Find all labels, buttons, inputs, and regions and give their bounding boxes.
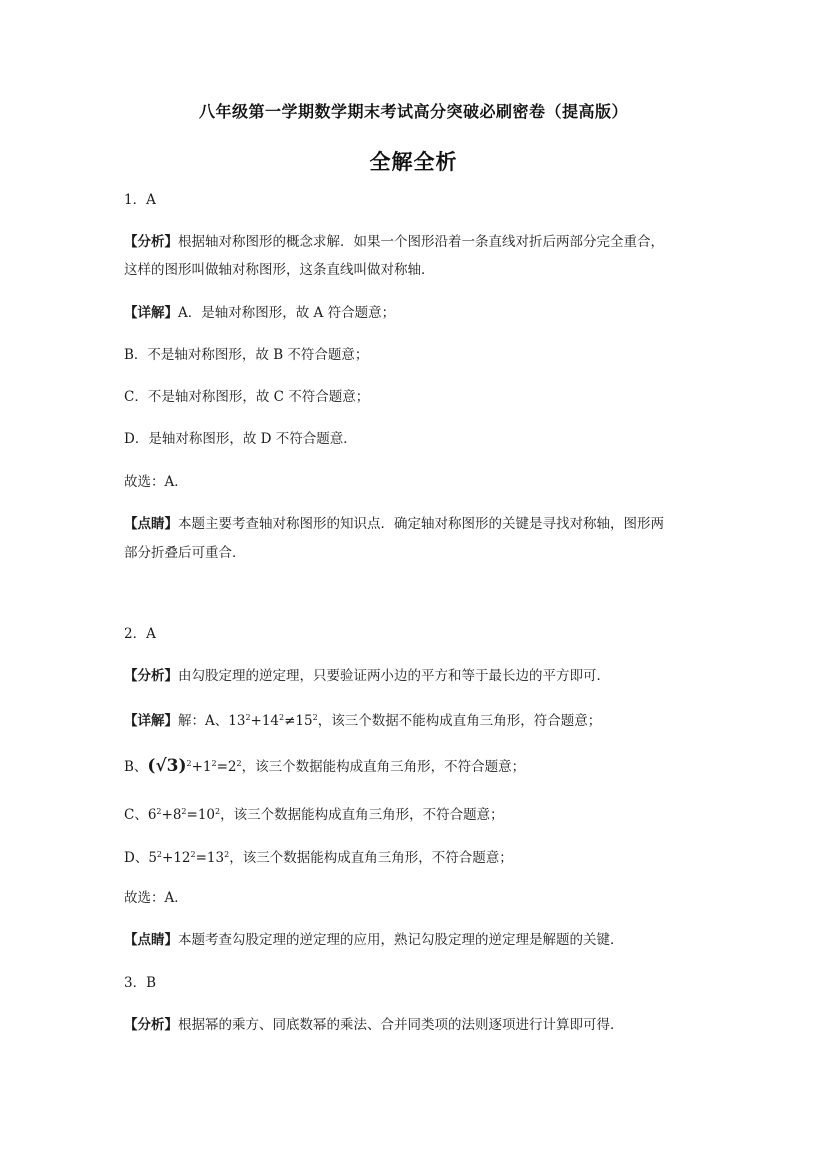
q2-comment-text: 本题考查勾股定理的逆定理的应用，熟记勾股定理的逆定理是解题的关键． bbox=[178, 932, 624, 948]
analysis-tag: 【分析】 bbox=[124, 668, 178, 684]
q1-detail-d: D．是轴对称图形，故 D 不符合题意． bbox=[124, 429, 357, 449]
document-title: 八年级第一学期数学期末考试高分突破必刷密卷（提高版） bbox=[0, 99, 827, 122]
q1-comment-text: 本题主要考查轴对称图形的知识点．确定轴对称图形的关键是寻找对称轴，图形两 bbox=[178, 516, 664, 532]
q2-analysis-text: 由勾股定理的逆定理，只要验证两小边的平方和等于最长边的平方即可． bbox=[178, 668, 610, 684]
q2-detail-c: C、62+82=102，该三个数据能构成直角三角形，不符合题意； bbox=[124, 802, 504, 825]
q1-answer: 1．A bbox=[124, 190, 156, 210]
comment-tag: 【点睛】 bbox=[124, 516, 178, 532]
formula-part: =13 bbox=[196, 850, 225, 866]
formula-part: ≠15 bbox=[284, 713, 313, 729]
q2-choice: 故选：A． bbox=[124, 888, 188, 908]
analysis-tag: 【分析】 bbox=[124, 1017, 178, 1033]
formula-part: =10 bbox=[187, 807, 216, 823]
q2-detail-d: D、52+122=132，该三个数据能构成直角三角形，不符合题意； bbox=[124, 845, 513, 868]
formula-part: =2 bbox=[217, 759, 237, 775]
q1-detail-b: B．不是轴对称图形，故 B 不符合题意； bbox=[124, 345, 368, 365]
q1-choice: 故选：A． bbox=[124, 472, 188, 492]
q1-comment-line2: 部分折叠后可重合． bbox=[124, 543, 246, 563]
q1-analysis-line2: 这样的图形叫做轴对称图形，这条直线叫做对称轴． bbox=[124, 260, 435, 280]
formula-part: B、 bbox=[124, 759, 147, 775]
detail-tag: 【详解】 bbox=[124, 713, 178, 729]
q2-comment: 【点睛】本题考查勾股定理的逆定理的应用，熟记勾股定理的逆定理是解题的关键． bbox=[124, 930, 624, 950]
q3-analysis: 【分析】根据幂的乘方、同底数幂的乘法、合并同类项的法则逐项进行计算即可得． bbox=[124, 1015, 624, 1035]
formula-part: +14 bbox=[251, 713, 280, 729]
q1-analysis: 【分析】根据轴对称图形的概念求解．如果一个图形沿着一条直线对折后两部分完全重合， bbox=[124, 232, 664, 252]
formula-part: D、5 bbox=[124, 850, 157, 866]
detail-tag: 【详解】 bbox=[124, 305, 178, 321]
q1-detail-c: C．不是轴对称图形，故 C 不符合题意； bbox=[124, 387, 369, 407]
q2-detail-a: 【详解】解：A、132+142≠152，该三个数据不能构成直角三角形，符合题意； bbox=[124, 708, 601, 731]
formula-conclusion: ，该三个数据能构成直角三角形，不符合题意； bbox=[220, 807, 504, 823]
formula-part: 解：A、13 bbox=[178, 713, 245, 729]
q3-analysis-text: 根据幂的乘方、同底数幂的乘法、合并同类项的法则逐项进行计算即可得． bbox=[178, 1017, 624, 1033]
q3-answer: 3．B bbox=[124, 973, 156, 993]
formula-conclusion: ，该三个数据能构成直角三角形，不符合题意； bbox=[242, 759, 526, 775]
formula-conclusion: ，该三个数据不能构成直角三角形，符合题意； bbox=[318, 713, 602, 729]
q2-analysis: 【分析】由勾股定理的逆定理，只要验证两小边的平方和等于最长边的平方即可． bbox=[124, 666, 610, 686]
q1-analysis-text: 根据轴对称图形的概念求解．如果一个图形沿着一条直线对折后两部分完全重合， bbox=[178, 234, 664, 250]
document-page: 八年级第一学期数学期末考试高分突破必刷密卷（提高版） 全解全析 1．A 【分析】… bbox=[0, 0, 827, 1169]
q1-detail: 【详解】A．是轴对称图形，故 A 符合题意； bbox=[124, 303, 395, 323]
q2-detail-b: B、(√3)2+12=22，该三个数据能构成直角三角形，不符合题意； bbox=[124, 754, 525, 777]
formula-part: +12 bbox=[162, 850, 191, 866]
formula-part: +8 bbox=[162, 807, 182, 823]
q2-answer: 2．A bbox=[124, 624, 156, 644]
document-subtitle: 全解全析 bbox=[0, 146, 827, 176]
comment-tag: 【点睛】 bbox=[124, 932, 178, 948]
formula-conclusion: ，该三个数据能构成直角三角形，不符合题意； bbox=[229, 850, 513, 866]
analysis-tag: 【分析】 bbox=[124, 234, 178, 250]
q1-detail-a: A．是轴对称图形，故 A 符合题意； bbox=[178, 305, 395, 321]
sqrt-three-formula: (√3) bbox=[147, 756, 186, 776]
formula-part: C、6 bbox=[124, 807, 156, 823]
formula-part: +1 bbox=[192, 759, 212, 775]
q1-comment: 【点睛】本题主要考查轴对称图形的知识点．确定轴对称图形的关键是寻找对称轴，图形两 bbox=[124, 514, 664, 534]
